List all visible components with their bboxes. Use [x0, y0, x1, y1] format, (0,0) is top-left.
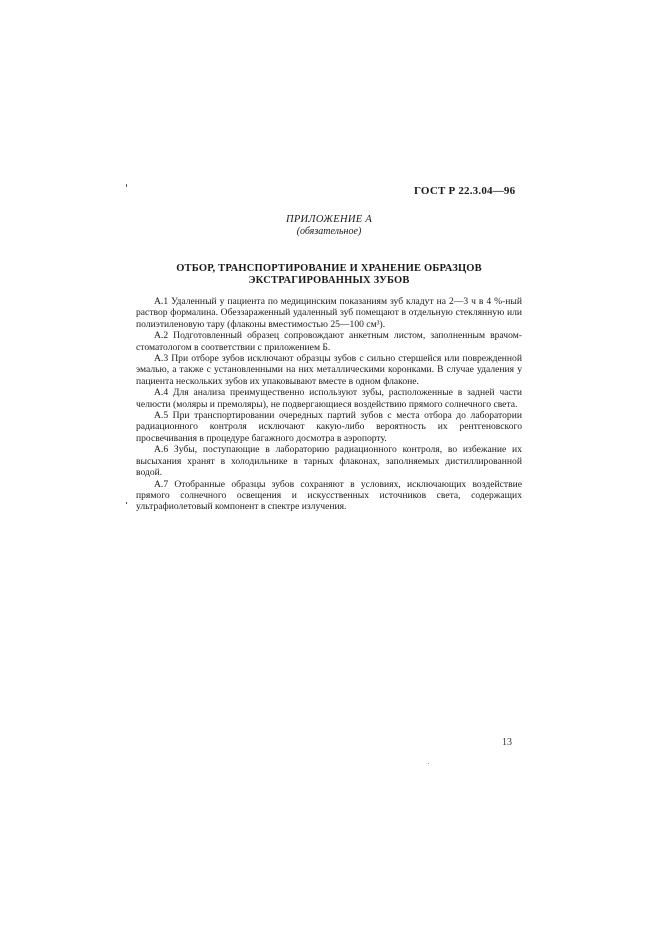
paragraph-a5: А.5 При транспортировании очередных парт… [136, 410, 522, 444]
section-title-line-2: ЭКСТРАГИРОВАННЫХ ЗУБОВ [136, 275, 522, 287]
scan-artifact [428, 763, 429, 764]
document-page: ГОСТ Р 22.3.04—96 ПРИЛОЖЕНИЕ А (обязател… [0, 0, 661, 935]
appendix-title: ПРИЛОЖЕНИЕ А [136, 214, 522, 226]
paragraph-a3: А.3 При отборе зубов исключают образцы з… [136, 353, 522, 387]
body-text: А.1 Удаленный у пациента по медицинским … [136, 296, 522, 513]
paragraph-a6: А.6 Зубы, поступающие в лабораторию ради… [136, 444, 522, 478]
section-title-line-1: ОТБОР, ТРАНСПОРТИРОВАНИЕ И ХРАНЕНИЕ ОБРА… [136, 263, 522, 275]
paragraph-a7: А.7 Отобранные образцы зубов сохраняют в… [136, 479, 522, 513]
page-number: 13 [502, 737, 512, 748]
document-code: ГОСТ Р 22.3.04—96 [414, 185, 515, 197]
appendix-heading: ПРИЛОЖЕНИЕ А (обязательное) [136, 214, 522, 238]
paragraph-a2: А.2 Подготовленный образец сопровождают … [136, 330, 522, 353]
paragraph-a4: А.4 Для анализа преимущественно использу… [136, 387, 522, 410]
section-title: ОТБОР, ТРАНСПОРТИРОВАНИЕ И ХРАНЕНИЕ ОБРА… [136, 263, 522, 287]
paragraph-a1: А.1 Удаленный у пациента по медицинским … [136, 296, 522, 330]
appendix-subtitle: (обязательное) [136, 226, 522, 238]
scan-artifact [126, 502, 127, 504]
scan-artifact [126, 184, 127, 187]
